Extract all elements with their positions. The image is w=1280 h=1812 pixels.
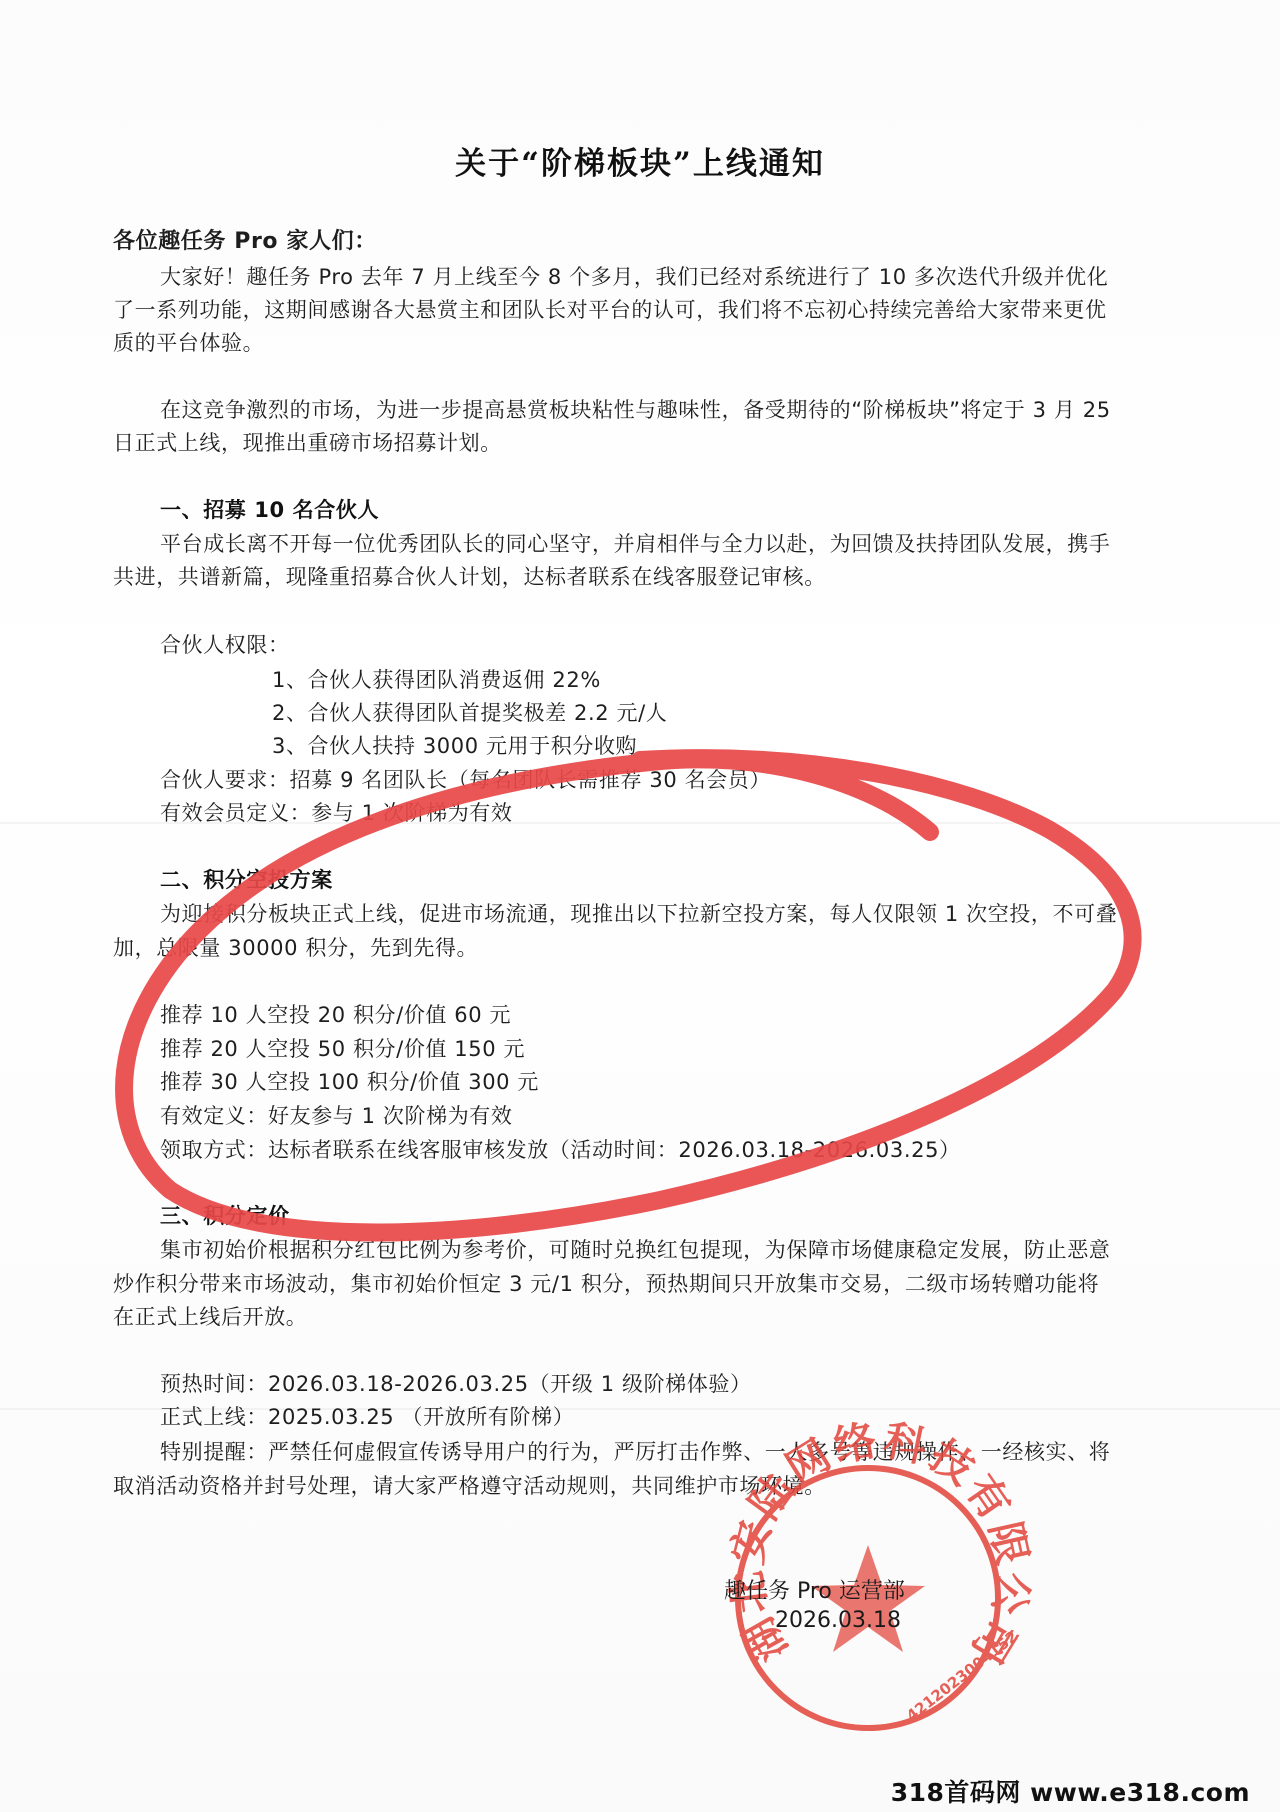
greeting: 各位趣任务 Pro 家人们： [113, 227, 377, 257]
partner-rights-label: 合伙人权限： [160, 630, 290, 660]
section2-heading: 二、积分空投方案 [160, 865, 333, 895]
intro-line: 了一系列功能，这期间感谢各大悬赏主和团队长对平台的认可，我们将不忘初心持续完善给… [113, 295, 1107, 325]
special-reminder-line: 特别提醒：严禁任何虚假宣传诱导用户的行为，严厉打击作弊、一人多号等违规操作、一经… [160, 1437, 1110, 1467]
preheat-time: 预热时间：2026.03.18-2026.03.25（开级 1 级阶梯体验） [160, 1369, 752, 1399]
signature-department: 趣任务 Pro 运营部 [724, 1574, 905, 1605]
document-page: 关于“阶梯板块”上线通知 各位趣任务 Pro 家人们： 大家好！趣任务 Pro … [0, 0, 1280, 1812]
valid-definition: 有效定义：好友参与 1 次阶梯为有效 [160, 1101, 513, 1131]
airdrop-tier: 推荐 30 人空投 100 积分/价值 300 元 [160, 1067, 539, 1097]
site-watermark: 318首码网 www.e318.com [891, 1773, 1250, 1809]
launch-date: 正式上线：2025.03.25 （开放所有阶梯） [160, 1402, 574, 1432]
airdrop-tier: 推荐 10 人空投 20 积分/价值 60 元 [160, 1000, 511, 1030]
section1-heading: 一、招募 10 名合伙人 [160, 495, 379, 525]
partner-right-item: 2、合伙人获得团队首提奖极差 2.2 元/人 [272, 698, 667, 728]
intro-line: 大家好！趣任务 Pro 去年 7 月上线至今 8 个多月，我们已经对系统进行了 … [160, 262, 1108, 292]
section3-body-line: 在正式上线后开放。 [113, 1302, 307, 1332]
intro-line: 质的平台体验。 [113, 328, 264, 358]
partner-requirement: 合伙人要求：招募 9 名团队长（每名团队长需推荐 30 名会员） [160, 765, 771, 795]
section3-heading: 三、积分定价 [160, 1201, 290, 1231]
section3-body-line: 集市初始价根据积分红包比例为参考价，可随时兑换红包提现，为保障市场健康稳定发展，… [160, 1235, 1110, 1265]
valid-member-definition: 有效会员定义：参与 1 次阶梯为有效 [160, 798, 513, 828]
special-reminder-line: 取消活动资格并封号处理，请大家严格遵守活动规则，共同维护市场环境。 [113, 1471, 826, 1501]
stamp-number: 4212023004152 [903, 1627, 1021, 1725]
document-title: 关于“阶梯板块”上线通知 [0, 138, 1280, 183]
section2-body-line: 为迎接积分板块正式上线，促进市场流通，现推出以下拉新空投方案，每人仅限领 1 次… [160, 899, 1117, 929]
section3-body-line: 炒作积分带来市场波动，集市初始价恒定 3 元/1 积分，预热期间只开放集市交易，… [113, 1269, 1099, 1299]
section1-body-line: 平台成长离不开每一位优秀团队长的同心坚守，并肩相伴与全力以赴，为回馈及扶持团队发… [160, 529, 1110, 559]
airdrop-tier: 推荐 20 人空投 50 积分/价值 150 元 [160, 1034, 525, 1064]
intro2-line: 日正式上线，现推出重磅市场招募计划。 [113, 428, 502, 458]
partner-right-item: 1、合伙人获得团队消费返佣 22% [272, 665, 601, 695]
section1-body-line: 共进，共谱新篇，现隆重招募合伙人计划，达标者联系在线客服登记审核。 [113, 562, 826, 592]
section2-body-line: 加，总限量 30000 积分，先到先得。 [113, 933, 478, 963]
partner-right-item: 3、合伙人扶持 3000 元用于积分收购 [272, 731, 637, 761]
signature-date: 2026.03.18 [775, 1608, 901, 1633]
intro2-line: 在这竞争激烈的市场，为进一步提高悬赏板块粘性与趣味性，备受期待的“阶梯板块”将定… [160, 395, 1111, 425]
claim-method: 领取方式：达标者联系在线客服审核发放（活动时间：2026.03.18-2026.… [160, 1135, 961, 1165]
